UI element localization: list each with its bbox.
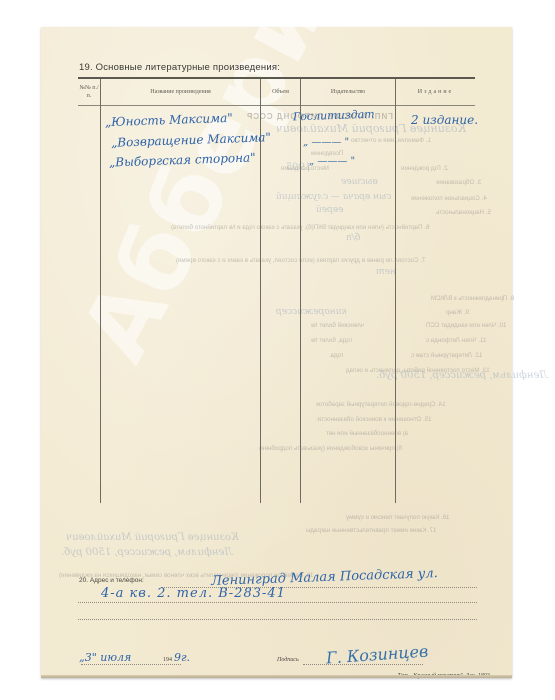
- bleed-handwriting: нет: [376, 267, 396, 277]
- bleed-item: 15. Отношение к воинской обязанности:: [316, 416, 432, 423]
- date-line: [81, 664, 181, 665]
- section-20-label: 20. Адрес и телефон:: [79, 577, 144, 584]
- work-publisher-3: „ ——— ": [309, 156, 355, 167]
- bleed-item: 4. Социальное положение: [411, 195, 487, 202]
- bleed-item: 1. Фамилия, имя и отчество: [351, 137, 431, 144]
- bleed-handwriting: б/п: [346, 233, 360, 243]
- bleed-item: 12. Литературный стаж с: [411, 352, 482, 359]
- bleed-handwriting: еврей: [316, 205, 343, 215]
- bleed-item: б) причины освобождения (указывать подро…: [259, 445, 402, 452]
- bleed-handwriting: 1905: [286, 162, 311, 173]
- bleed-item: 17. Какие имеет правительственные наград…: [306, 527, 437, 534]
- bleed-handwriting: Ленфильм, режиссер, 1500 руб.: [61, 547, 233, 558]
- col-header-volume: Объем: [261, 89, 300, 95]
- bleed-item: членский билет №: [311, 322, 364, 329]
- date-year-suffix: 9г.: [174, 651, 190, 664]
- document-page: Аббериб ГИП. АЛКОФЕ ЛИТФОНД СССР 1. Фами…: [41, 27, 512, 678]
- address-value-line2: 4-а кв. 2. тел. В-283-41: [101, 586, 286, 601]
- column-divider: [300, 79, 301, 503]
- bleed-item: 10. Член или кандидат ССП: [426, 322, 507, 329]
- bleed-item: 8. Принадлежность к ВЛКСМ: [431, 295, 514, 302]
- bleed-item: 16. Какую получает пенсию и сумму: [346, 514, 450, 521]
- bleed-item: 11. Член Литфонда с: [426, 337, 486, 344]
- bleed-item: 14. Средне-годовой литературный заработо…: [316, 401, 446, 408]
- signature-label: Подпись: [277, 657, 299, 663]
- column-divider: [100, 79, 101, 503]
- bleed-handwriting: высшее: [341, 177, 378, 187]
- col-header-publisher: Издательство: [301, 89, 395, 95]
- bleed-handwriting: сын врача — служащий: [276, 192, 391, 202]
- bleed-item: 2. Год рождения: [401, 165, 448, 172]
- date-day-month: „3" июля: [79, 651, 131, 664]
- table-header-rule: [78, 105, 475, 106]
- bleed-item: 5. Национальность: [436, 209, 491, 216]
- address-line-3: [78, 619, 477, 620]
- column-divider: [395, 79, 396, 503]
- bleed-item: года, билет №: [311, 337, 352, 344]
- printer-footer: Тип. „Красный печатник". Зак. 1803: [398, 673, 490, 679]
- col-header-number: №№ п./п.: [79, 84, 99, 100]
- watermark: Аббериб: [61, 0, 376, 377]
- section-19-title: 19. Основные литературные произведения:: [79, 62, 280, 73]
- bleed-item: года.: [329, 352, 343, 359]
- bleed-item: 9. Жанр: [446, 309, 469, 316]
- col-header-edition: Издание: [396, 89, 475, 95]
- address-line-2: [78, 602, 477, 603]
- date-year-prefix: 194: [163, 657, 172, 663]
- table-top-rule: [78, 77, 475, 79]
- bleed-item: 3. Образование: [436, 179, 481, 186]
- work-edition-1: 2 издание.: [411, 113, 478, 127]
- bleed-handwriting: Козинцев Григорий Михайлович: [66, 532, 239, 543]
- bleed-handwriting: Ленфильм, режиссер, 1500 руб.: [376, 370, 548, 381]
- work-publisher-2: „ ——— ": [303, 137, 349, 148]
- bleed-handwriting: кинорежиссер: [276, 307, 347, 317]
- col-header-title: Название произведения: [101, 89, 260, 95]
